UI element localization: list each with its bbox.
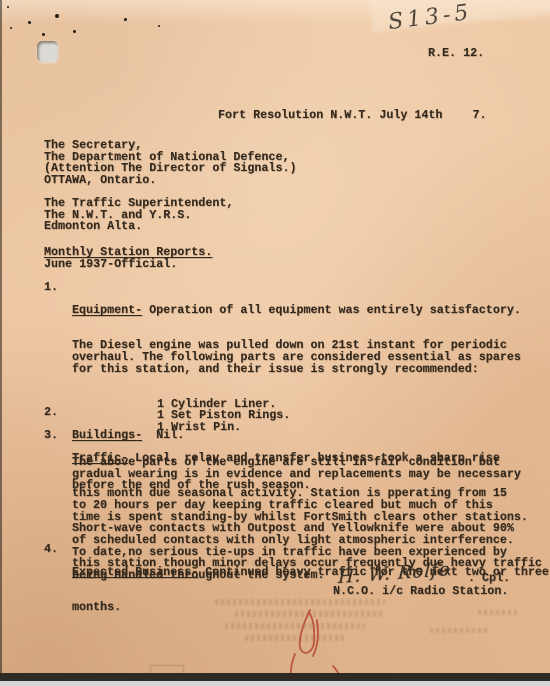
- dateline-text: Fort Resolution N.W.T. July 14th: [218, 108, 442, 122]
- bleed-through-text: [430, 628, 490, 633]
- ink-speckle: [10, 27, 12, 29]
- ink-speckle: [124, 18, 127, 21]
- page-number: 7.: [472, 108, 486, 122]
- bleed-through-text: [478, 610, 520, 615]
- scan-edge-left: [0, 0, 2, 686]
- ink-speckle: [28, 21, 31, 24]
- subject-subtitle: June 1937-Official.: [44, 257, 177, 271]
- signature-title: N.C.O. i/c Radio Station.: [333, 586, 508, 598]
- recipient-block-ottawa: The Secretary, The Department of Nationa…: [44, 140, 297, 187]
- ink-speckle: [42, 33, 45, 36]
- signature-rank: . Cpl.: [468, 573, 510, 585]
- item-first-line: Equipment- Operation of all equipment wa…: [72, 305, 521, 317]
- punch-hole: [37, 41, 58, 62]
- item-first-line: Traffic- Local, relay and transfer busin…: [72, 453, 542, 465]
- scan-edge-bottom: [0, 673, 550, 681]
- item-heading: Expected Business-: [72, 565, 198, 579]
- document-page: S13-5 R.E. 12. Fort Resolution N.W.T. Ju…: [0, 0, 550, 686]
- ink-speckle: [7, 6, 9, 8]
- item-heading: Equipment-: [72, 303, 142, 317]
- bleed-through-text: [240, 560, 360, 565]
- ink-speckle: [55, 14, 59, 18]
- item-heading-rest: Operation of all equipment was entirely …: [142, 303, 521, 317]
- ink-speckle: [158, 25, 160, 27]
- dateline: Fort Resolution N.W.T. July 14th7.: [218, 110, 486, 122]
- scan-background-bottom: [0, 681, 550, 686]
- ink-speckle: [73, 30, 76, 33]
- recipient-block-edmonton: The Traffic Superintendent, The N.W.T. a…: [44, 198, 233, 233]
- reference-number: R.E. 12.: [428, 48, 484, 60]
- item-heading-rest: Local, relay and transfer business took …: [128, 451, 500, 465]
- item-number: 4.: [44, 544, 72, 637]
- subject-block: Monthly Station Reports. June 1937-Offic…: [44, 247, 212, 270]
- item-heading: Traffic-: [72, 451, 128, 465]
- item-paragraph: The Diesel engine was pulled down on 21s…: [72, 340, 521, 375]
